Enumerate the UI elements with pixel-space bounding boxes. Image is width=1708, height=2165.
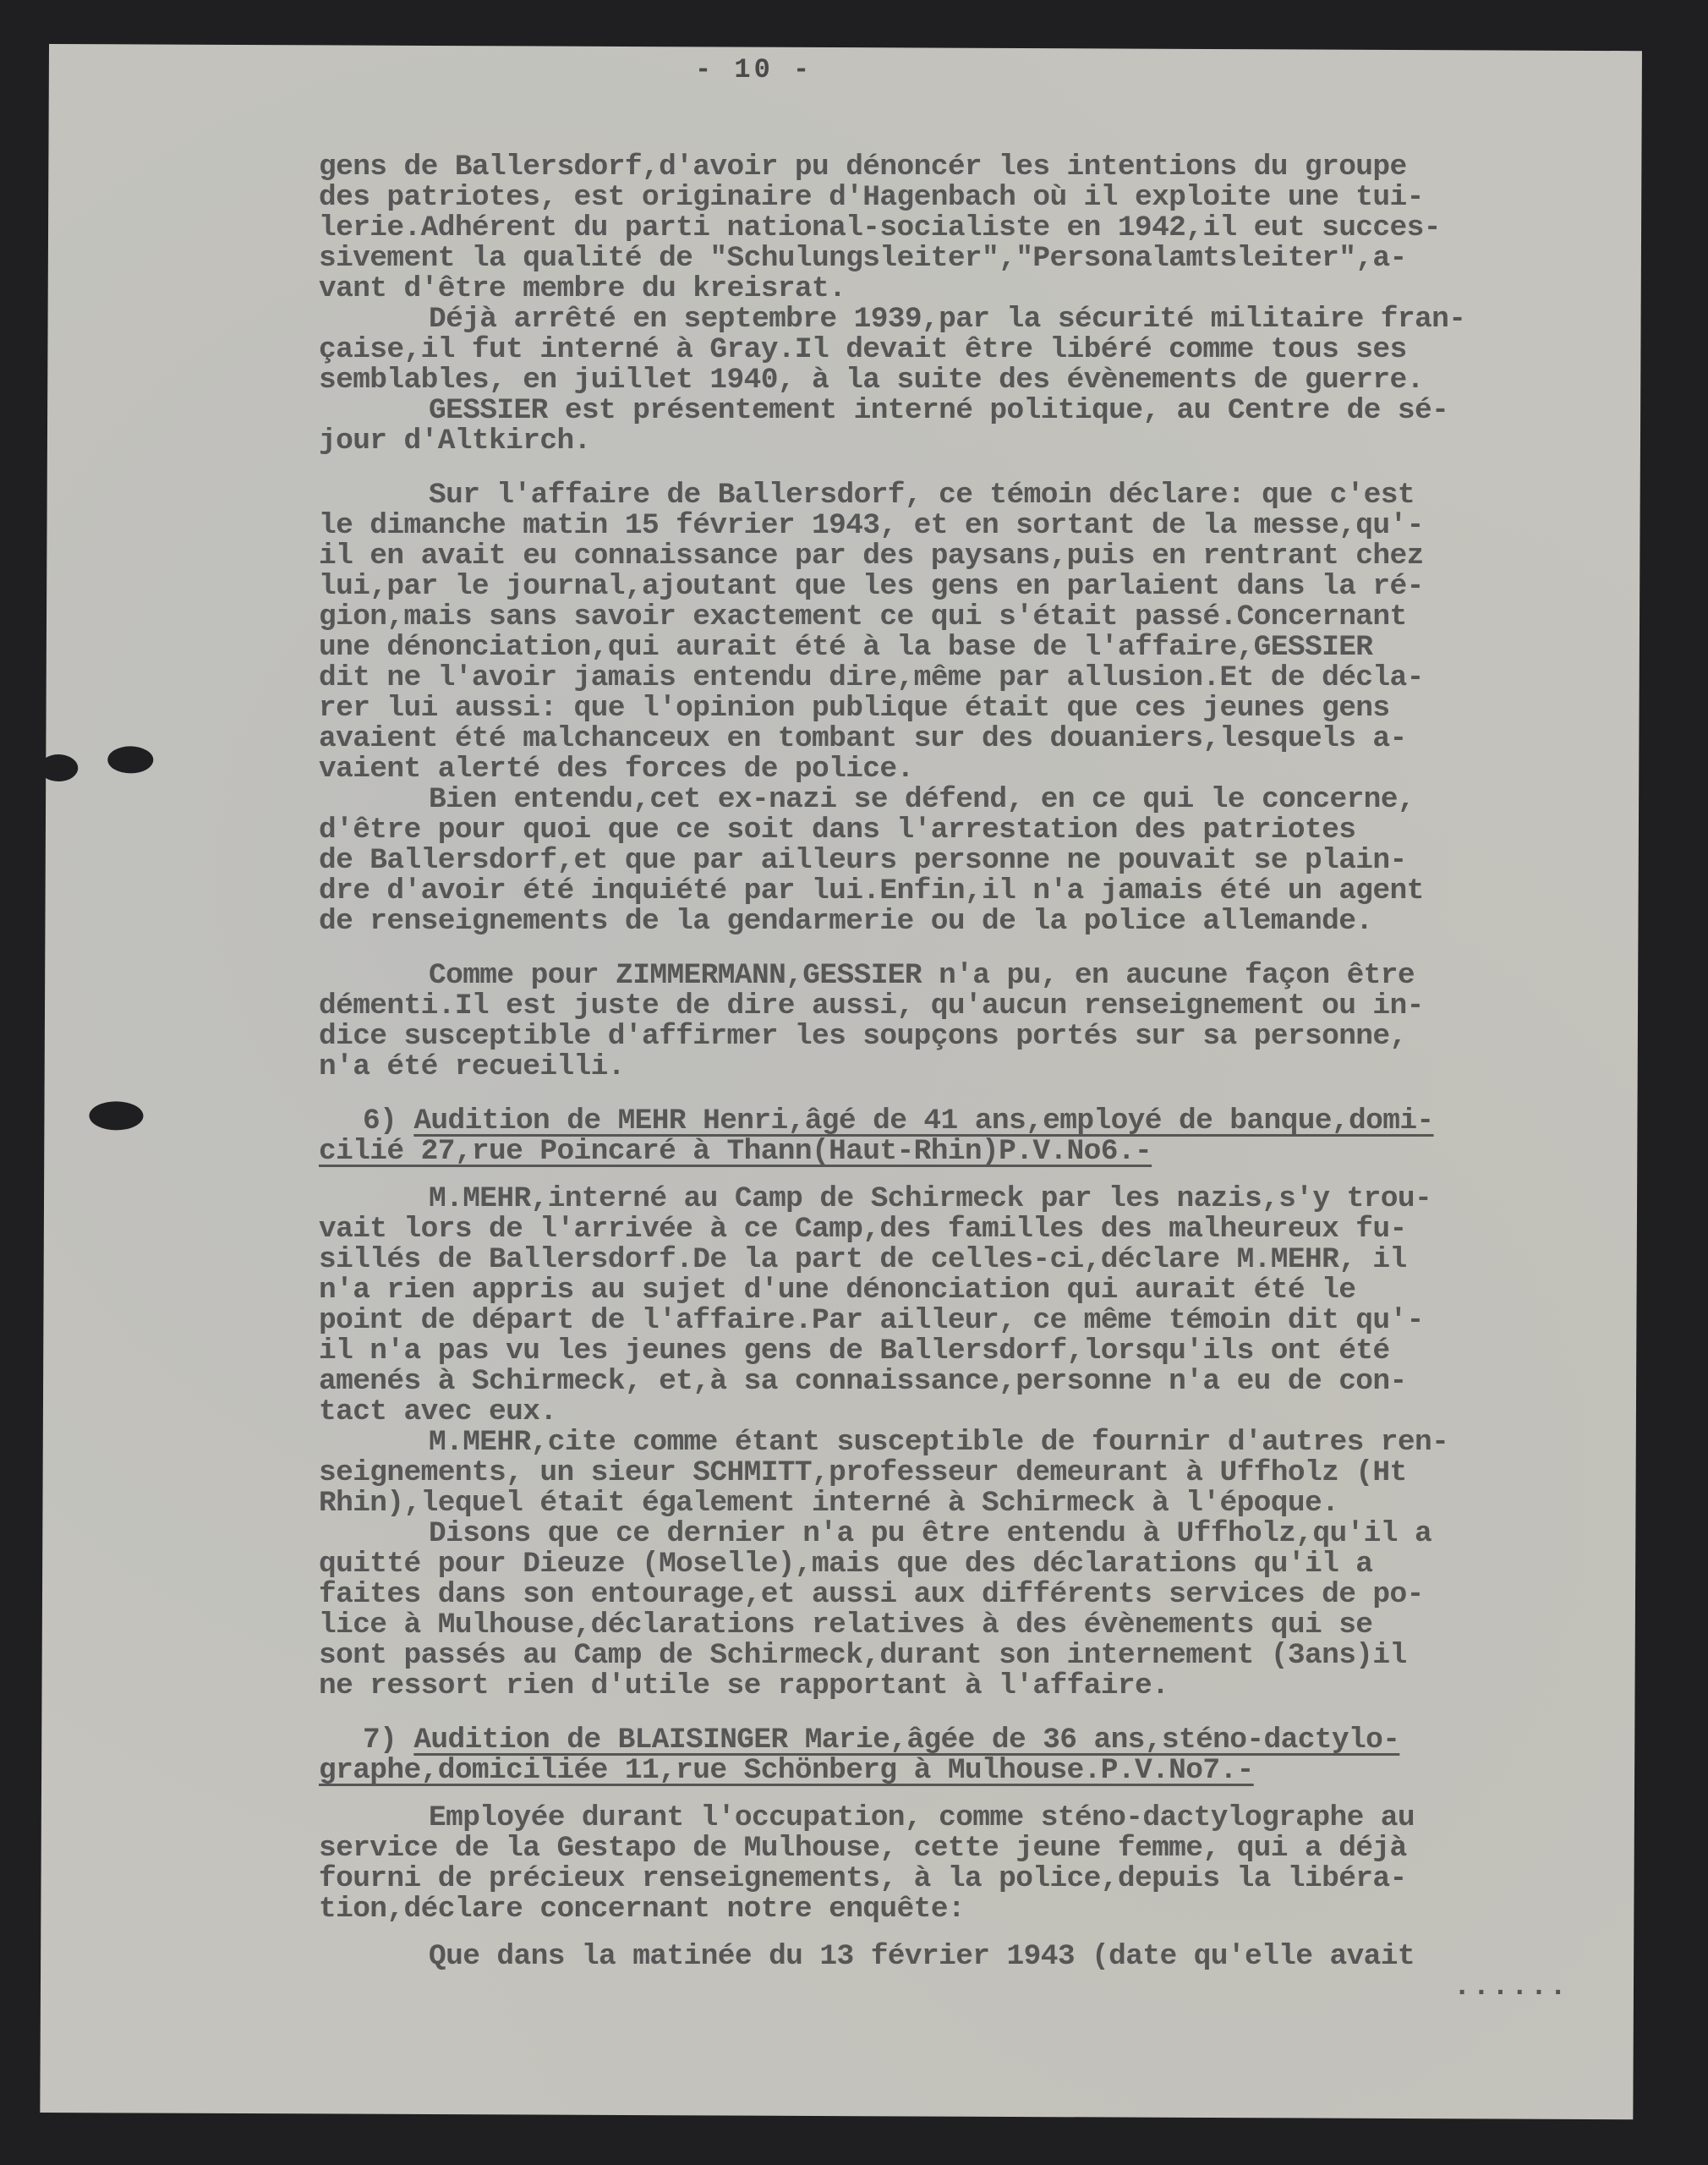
text-line: le dimanche matin 15 février 1943, et en… (319, 511, 1612, 541)
text-line: vant d'être membre du kreisrat. (319, 274, 1612, 304)
text-line: de Ballersdorf,et que par ailleurs perso… (319, 846, 1612, 876)
paragraph-gap (319, 457, 1612, 480)
section-heading-6: 6) Audition de MEHR Henri,âgé de 41 ans,… (319, 1106, 1612, 1137)
text-line: Employée durant l'occupation, comme stén… (319, 1803, 1612, 1833)
text-line: Rhin),lequel était également interné à S… (319, 1488, 1612, 1519)
section-heading-text: cilié 27,rue Poincaré à Thann(Haut-Rhin)… (319, 1135, 1152, 1168)
text-line: Bien entendu,cet ex-nazi se défend, en c… (319, 785, 1612, 815)
text-line: faites dans son entourage,et aussi aux d… (319, 1580, 1612, 1610)
document-body: gens de Ballersdorf,d'avoir pu dénoncér … (319, 152, 1612, 2003)
text-line: Sur l'affaire de Ballersdorf, ce témoin … (319, 480, 1612, 511)
text-line: une dénonciation,qui aurait été à la bas… (319, 633, 1612, 663)
text-line: Que dans la matinée du 13 février 1943 (… (319, 1942, 1612, 1972)
text-line: semblables, en juillet 1940, à la suite … (319, 365, 1612, 396)
continuation-marker: ...... (319, 1972, 1568, 2003)
paragraph-gap (319, 1786, 1612, 1803)
text-line: dice susceptible d'affirmer les soupçons… (319, 1022, 1612, 1052)
text-line: M.MEHR,interné au Camp de Schirmeck par … (319, 1184, 1612, 1214)
paragraph-gap (319, 1167, 1612, 1184)
text-line: Déjà arrêté en septembre 1939,par la séc… (319, 304, 1612, 335)
section-heading-text: Audition de BLAISINGER Marie,âgée de 36 … (413, 1724, 1399, 1757)
text-line: quitté pour Dieuze (Moselle),mais que de… (319, 1549, 1612, 1580)
text-line: d'être pour quoi que ce soit dans l'arre… (319, 815, 1612, 846)
text-line: vait lors de l'arrivée à ce Camp,des fam… (319, 1214, 1612, 1245)
text-line: il n'a pas vu les jeunes gens de Ballers… (319, 1336, 1612, 1367)
text-line: rer lui aussi: que l'opinion publique ét… (319, 693, 1612, 724)
page-number: - 10 - (695, 54, 813, 85)
text-line: Disons que ce dernier n'a pu être entend… (319, 1519, 1612, 1549)
text-line: point de départ de l'affaire.Par ailleur… (319, 1306, 1612, 1336)
text-line: lui,par le journal,ajoutant que les gens… (319, 572, 1612, 602)
paragraph-gap (319, 1082, 1612, 1106)
punch-hole-top (107, 746, 153, 773)
text-line: lice à Mulhouse,déclarations relatives à… (319, 1610, 1612, 1641)
section-number: 6) (363, 1104, 397, 1137)
text-line: dit ne l'avoir jamais entendu dire,même … (319, 663, 1612, 693)
text-line: tact avec eux. (319, 1397, 1612, 1428)
text-line: GESSIER est présentement interné politiq… (319, 396, 1612, 426)
text-line: sillés de Ballersdorf.De la part de cell… (319, 1245, 1612, 1275)
punch-hole-top-left-partial (39, 754, 78, 781)
text-line: démenti.Il est juste de dire aussi, qu'a… (319, 991, 1612, 1022)
text-line: des patriotes, est originaire d'Hagenbac… (319, 183, 1612, 213)
punch-hole-bottom (89, 1101, 143, 1130)
text-line: seignements, un sieur SCHMITT,professeur… (319, 1458, 1612, 1488)
text-line: de renseignements de la gendarmerie ou d… (319, 907, 1612, 937)
text-line: çaise,il fut interné à Gray.Il devait êt… (319, 335, 1612, 365)
paragraph-gap (319, 1702, 1612, 1725)
section-heading-text: Audition de MEHR Henri,âgé de 41 ans,emp… (413, 1104, 1433, 1137)
text-line: gion,mais sans savoir exactement ce qui … (319, 602, 1612, 633)
text-line: M.MEHR,cite comme étant susceptible de f… (319, 1428, 1612, 1458)
text-line: fourni de précieux renseignements, à la … (319, 1864, 1612, 1894)
text-line: gens de Ballersdorf,d'avoir pu dénoncér … (319, 152, 1612, 183)
text-line: service de la Gestapo de Mulhouse, cette… (319, 1833, 1612, 1864)
section-heading-6-cont: cilié 27,rue Poincaré à Thann(Haut-Rhin)… (319, 1137, 1612, 1167)
text-line: n'a rien appris au sujet d'une dénonciat… (319, 1275, 1612, 1306)
section-heading-7-cont: graphe,domiciliée 11,rue Schönberg à Mul… (319, 1756, 1612, 1786)
text-line: sont passés au Camp de Schirmeck,durant … (319, 1641, 1612, 1671)
paragraph-gap (319, 1925, 1612, 1942)
section-heading-7: 7) Audition de BLAISINGER Marie,âgée de … (319, 1725, 1612, 1756)
text-line: amenés à Schirmeck, et,à sa connaissance… (319, 1367, 1612, 1397)
text-line: ne ressort rien d'utile se rapportant à … (319, 1671, 1612, 1702)
section-number: 7) (363, 1724, 397, 1757)
text-line: Comme pour ZIMMERMANN,GESSIER n'a pu, en… (319, 961, 1612, 991)
text-line: tion,déclare concernant notre enquête: (319, 1894, 1612, 1925)
text-line: jour d'Altkirch. (319, 426, 1612, 457)
text-line: il en avait eu connaissance par des pays… (319, 541, 1612, 572)
text-line: lerie.Adhérent du parti national-sociali… (319, 213, 1612, 244)
text-line: sivement la qualité de "Schulungsleiter"… (319, 244, 1612, 274)
text-line: vaient alerté des forces de police. (319, 754, 1612, 785)
text-line: dre d'avoir été inquiété par lui.Enfin,i… (319, 876, 1612, 907)
section-heading-text: graphe,domiciliée 11,rue Schönberg à Mul… (319, 1754, 1254, 1787)
text-line: avaient été malchanceux en tombant sur d… (319, 724, 1612, 754)
paragraph-gap (319, 937, 1612, 961)
text-line: n'a été recueilli. (319, 1052, 1612, 1082)
